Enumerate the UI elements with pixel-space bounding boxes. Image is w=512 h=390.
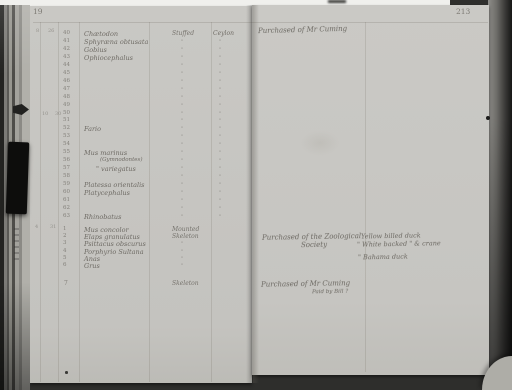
ditto-mark: " <box>181 242 183 247</box>
specimen-number: 50 <box>63 111 70 117</box>
ditto-mark: " <box>219 88 221 93</box>
ditto-mark: " <box>181 48 183 53</box>
specimen-number: 49 <box>63 103 70 109</box>
specimen-number: 44 <box>63 63 70 69</box>
species-entry: " variegatus <box>96 166 136 173</box>
ditto-mark: " <box>181 250 183 255</box>
ditto-mark: " <box>181 167 183 172</box>
ditto-mark: " <box>219 64 221 69</box>
ditto-mark: " <box>181 56 183 61</box>
ditto-mark: " <box>219 72 221 77</box>
acquisition-note: Purchased of Mr Cuming <box>258 26 347 35</box>
margin-date-mark: 4 <box>35 225 38 230</box>
preservation-entry: Mounted <box>172 227 199 233</box>
ditto-mark: " <box>181 112 183 117</box>
ditto-mark: " <box>181 175 183 180</box>
ditto-mark: " <box>219 207 221 212</box>
ditto-mark: " <box>181 72 183 77</box>
specimen-number: 58 <box>63 174 70 180</box>
ditto-mark: " <box>181 88 183 93</box>
species-entry: Chætodon <box>84 31 118 38</box>
specimen-number: 46 <box>63 79 70 85</box>
preservation-entry: Stuffed <box>172 31 194 37</box>
specimen-number: 51 <box>63 118 70 124</box>
ditto-mark: " <box>219 127 221 132</box>
ditto-mark: " <box>181 159 183 164</box>
species-entry: Gobius <box>84 47 107 54</box>
margin-date-mark: 26 <box>48 29 54 34</box>
species-entry: (Gymnodontes) <box>100 158 143 164</box>
specimen-number: 53 <box>63 134 70 140</box>
ditto-mark: " <box>181 143 183 148</box>
specimen-number: 42 <box>63 47 70 53</box>
specimen-number: 47 <box>63 87 70 93</box>
register-content: 40ChætodonStuffedCeylon41Sphyræna obtusa… <box>0 0 512 390</box>
species-entry: Psittacus obscurus <box>84 241 146 248</box>
specimen-number: 2 <box>63 234 67 240</box>
specimen-number: 48 <box>63 95 70 101</box>
ditto-mark: " <box>181 96 183 101</box>
species-entry: Grus <box>84 263 100 270</box>
ditto-mark: " <box>181 257 183 262</box>
specimen-number: 5 <box>63 256 67 262</box>
preservation-entry: Skeleton <box>172 234 199 240</box>
ditto-mark: " <box>181 119 183 124</box>
specimen-number: 57 <box>63 166 70 172</box>
specimen-number: 54 <box>63 142 70 148</box>
specimen-number: 63 <box>63 214 70 220</box>
specimen-number: 52 <box>63 126 70 132</box>
ditto-mark: " <box>219 151 221 156</box>
ditto-mark: " <box>219 56 221 61</box>
specimen-number: 60 <box>63 190 70 196</box>
remark-entry: " Bahama duck <box>358 254 408 261</box>
specimen-number: 40 <box>63 31 70 37</box>
species-entry: Mus marinus <box>84 150 127 157</box>
ditto-mark: " <box>181 191 183 196</box>
scan-smudge <box>328 0 346 3</box>
remark-entry: " White backed " & crane <box>357 240 441 248</box>
specimen-number: 56 <box>63 158 70 164</box>
specimen-number: 3 <box>63 241 67 247</box>
register-scan: 19 213 40ChætodonStuffedCeylon41Sphyræna… <box>0 0 512 390</box>
species-entry: Sphyræna obtusata <box>84 39 148 46</box>
ditto-mark: " <box>181 215 183 220</box>
ditto-mark: " <box>181 40 183 45</box>
specimen-number: 55 <box>63 150 70 156</box>
margin-date-mark: 31 <box>50 225 56 230</box>
acquisition-note: Society <box>301 242 327 249</box>
specimen-number: 41 <box>63 39 70 45</box>
specimen-number: 62 <box>63 206 70 212</box>
locality-entry: Ceylon <box>213 31 234 37</box>
ditto-mark: " <box>181 127 183 132</box>
ditto-mark: " <box>219 143 221 148</box>
preservation-entry: Skeleton <box>172 281 199 287</box>
acquisition-note: Purchased of Mr Cuming <box>261 280 350 289</box>
ditto-mark: " <box>181 264 183 269</box>
ditto-mark: " <box>181 135 183 140</box>
species-entry: Ophiocephalus <box>84 55 133 62</box>
ditto-mark: " <box>219 191 221 196</box>
acquisition-note: Paid by Bill ? <box>312 290 348 296</box>
specimen-number: 61 <box>63 198 70 204</box>
ditto-mark: " <box>181 64 183 69</box>
ditto-mark: " <box>219 96 221 101</box>
specimen-number: 4 <box>63 249 67 255</box>
ditto-mark: " <box>219 104 221 109</box>
specimen-number: 43 <box>63 55 70 61</box>
margin-date-mark: 30 <box>55 112 61 117</box>
ditto-mark: " <box>181 151 183 156</box>
ditto-mark: " <box>181 207 183 212</box>
specimen-number: 1 <box>63 227 67 233</box>
specimen-number: 7 <box>64 281 68 287</box>
ditto-mark: " <box>181 199 183 204</box>
ditto-mark: " <box>219 119 221 124</box>
paper-stain <box>300 130 340 156</box>
ditto-mark: " <box>219 167 221 172</box>
ditto-mark: " <box>219 183 221 188</box>
ditto-mark: " <box>219 199 221 204</box>
margin-date-mark: 8 <box>36 29 39 34</box>
ditto-mark: " <box>219 48 221 53</box>
species-entry: Platycephalus <box>84 190 130 197</box>
ditto-mark: " <box>219 159 221 164</box>
ink-dot <box>65 371 68 374</box>
ink-spot <box>486 116 490 120</box>
species-entry: Platessa orientalis <box>84 182 145 189</box>
ditto-mark: " <box>181 183 183 188</box>
margin-date-mark: 10 <box>42 112 48 117</box>
species-entry: Fario <box>84 126 101 133</box>
ditto-mark: " <box>219 215 221 220</box>
specimen-number: 45 <box>63 71 70 77</box>
species-entry: Rhinobatus <box>84 214 121 221</box>
specimen-number: 59 <box>63 182 70 188</box>
ditto-mark: " <box>219 175 221 180</box>
ditto-mark: " <box>219 135 221 140</box>
ditto-mark: " <box>219 40 221 45</box>
ditto-mark: " <box>219 112 221 117</box>
ditto-mark: " <box>181 80 183 85</box>
specimen-number: 6 <box>63 263 67 269</box>
ditto-mark: " <box>219 80 221 85</box>
ditto-mark: " <box>181 104 183 109</box>
